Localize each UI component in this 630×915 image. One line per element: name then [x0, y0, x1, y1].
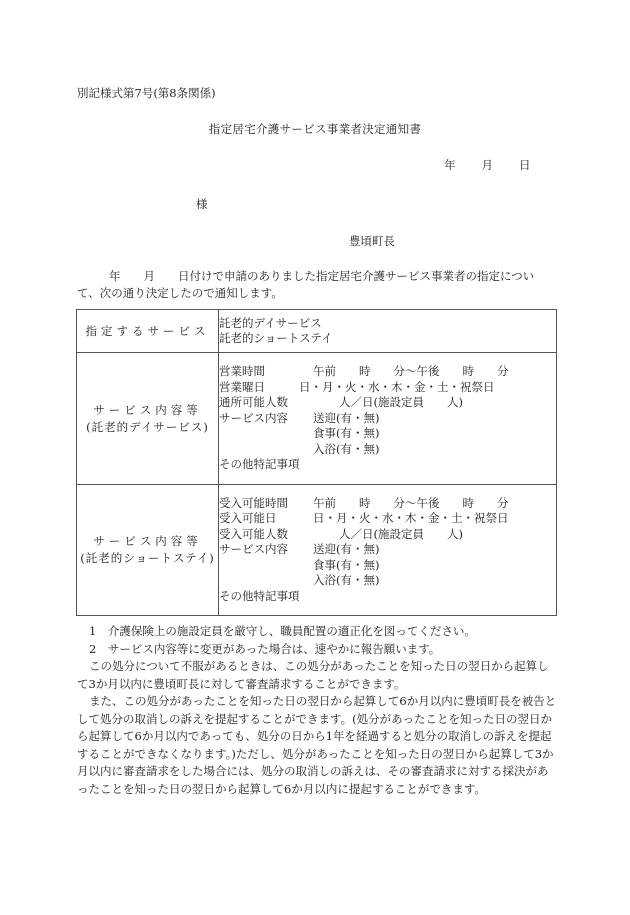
- form-number: 別記様式第7号(第8条関係): [77, 85, 216, 101]
- issuer: 豊頃町長: [349, 233, 395, 249]
- content-item: 入浴(有・無): [313, 442, 379, 458]
- content-item: 入浴(有・無): [313, 573, 379, 589]
- table-row: サービス内容等 (託老的ショートステイ) 受入可能時間午前 時 分～午後 時 分…: [77, 485, 557, 616]
- capacity-value: 人／日(施設定員 人): [339, 527, 463, 543]
- hours-value: 午前 時 分～午後 時 分: [313, 364, 509, 380]
- service-table: 指定するサービス 託老的デイサービス 託老的ショートステイ サービス内容等 (託…: [76, 309, 557, 616]
- intro-paragraph: 年 月 日付けで申請のありました指定居宅介護サービス事業者の指定につい て、次の…: [77, 268, 559, 302]
- designated-service-label: 指定するサービス: [77, 310, 219, 353]
- service-item: 託老的ショートステイ: [219, 331, 556, 347]
- label-line: (託老的デイサービス): [77, 419, 218, 436]
- note-item: 1 介護保険上の施設定員を厳守し、職員配置の適正化を図ってください。: [77, 623, 559, 641]
- short-stay-details: 受入可能時間午前 時 分～午後 時 分 受入可能日日・月・火・水・木・金・土・祝…: [219, 485, 557, 616]
- content-item: 食事(有・無): [313, 426, 379, 442]
- intro-line-1: 年 月 日付けで申請のありました指定居宅介護サービス事業者の指定につい: [77, 268, 559, 285]
- notes-section: 1 介護保険上の施設定員を厳守し、職員配置の適正化を図ってください。 2 サービ…: [77, 623, 559, 798]
- date-line: 年月日: [444, 157, 531, 173]
- days-label: 営業曜日: [219, 380, 299, 396]
- addressee: 様: [196, 196, 208, 212]
- document-title: 指定居宅介護サービス事業者決定通知書: [0, 121, 630, 137]
- hours-label: 受入可能時間: [219, 496, 313, 512]
- designated-service-values: 託老的デイサービス 託老的ショートステイ: [219, 310, 557, 353]
- date-day: 日: [519, 157, 531, 173]
- capacity-label: 受入可能人数: [219, 527, 339, 543]
- other-notes-label: その他特記事項: [219, 457, 300, 473]
- content-label: サービス内容: [219, 542, 313, 558]
- label-line: (託老的ショートステイ): [77, 550, 218, 567]
- content-item: 送迎(有・無): [313, 542, 379, 558]
- content-item: 送迎(有・無): [313, 411, 379, 427]
- day-service-details: 営業時間午前 時 分～午後 時 分 営業曜日日・月・火・水・木・金・土・祝祭日 …: [219, 353, 557, 485]
- days-value: 日・月・火・水・木・金・土・祝祭日: [299, 380, 495, 396]
- content-item: 食事(有・無): [313, 558, 379, 574]
- date-year: 年: [444, 157, 456, 173]
- table-row: サービス内容等 (託老的デイサービス) 営業時間午前 時 分～午後 時 分 営業…: [77, 353, 557, 485]
- label-line: サービス内容等: [77, 533, 218, 550]
- note-item: 2 サービス内容等に変更があった場合は、速やかに報告願います。: [77, 641, 559, 659]
- days-value: 日・月・火・水・木・金・土・祝祭日: [313, 511, 509, 527]
- day-service-label: サービス内容等 (託老的デイサービス): [77, 353, 219, 485]
- capacity-label: 通所可能人数: [219, 395, 339, 411]
- lawsuit-paragraph: また、この処分があったことを知った日の翌日から起算して6か月以内に豊頃町長を被告…: [77, 693, 559, 798]
- content-label: サービス内容: [219, 411, 313, 427]
- days-label: 受入可能日: [219, 511, 313, 527]
- appeal-paragraph: この処分について不服があるときは、この処分があったことを知った日の翌日から起算し…: [77, 658, 559, 693]
- capacity-value: 人／日(施設定員 人): [339, 395, 463, 411]
- intro-line-2: て、次の通り決定したので通知します。: [77, 285, 559, 302]
- hours-value: 午前 時 分～午後 時 分: [313, 496, 509, 512]
- short-stay-label: サービス内容等 (託老的ショートステイ): [77, 485, 219, 616]
- service-item: 託老的デイサービス: [219, 316, 556, 332]
- table-row: 指定するサービス 託老的デイサービス 託老的ショートステイ: [77, 310, 557, 353]
- other-notes-label: その他特記事項: [219, 589, 300, 605]
- label-line: サービス内容等: [77, 402, 218, 419]
- hours-label: 営業時間: [219, 364, 313, 380]
- date-month: 月: [482, 157, 494, 173]
